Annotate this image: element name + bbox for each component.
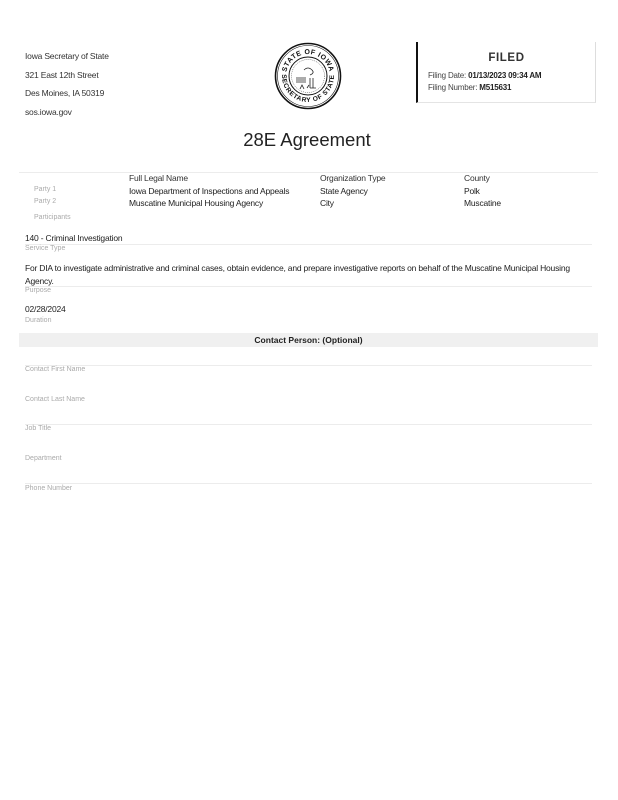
- filing-number-label: Filing Number:: [428, 83, 477, 92]
- service-type-label: Service Type: [25, 245, 65, 252]
- address-line-city: Des Moines, IA 50319: [25, 88, 104, 98]
- filing-number-value: M515631: [479, 83, 511, 92]
- address-line-office: Iowa Secretary of State: [25, 51, 109, 61]
- divider: [25, 244, 592, 245]
- state-of-iowa-seal-icon: STATE OF IOWA SECRETARY OF STATE: [274, 42, 342, 110]
- department-label: Department: [25, 455, 62, 462]
- column-header-name: Full Legal Name: [129, 173, 188, 183]
- svg-text:STATE OF IOWA: STATE OF IOWA: [281, 49, 334, 73]
- contact-section-heading: Contact Person: (Optional): [19, 333, 598, 347]
- filing-date-label: Filing Date:: [428, 71, 466, 80]
- party-1-name: Iowa Department of Inspections and Appea…: [129, 186, 289, 196]
- party-1-label: Party 1: [34, 186, 56, 193]
- divider: [25, 483, 592, 484]
- contact-last-name-label: Contact Last Name: [25, 396, 85, 403]
- filing-date: Filing Date: 01/13/2023 09:34 AM: [428, 71, 541, 80]
- purpose-label: Purpose: [25, 287, 51, 294]
- column-header-type: Organization Type: [320, 173, 385, 183]
- contact-first-name-label: Contact First Name: [25, 366, 85, 373]
- participants-label: Participants: [34, 214, 71, 221]
- divider: [25, 286, 592, 287]
- filing-number: Filing Number: M515631: [428, 83, 511, 92]
- filing-date-value: 01/13/2023 09:34 AM: [468, 71, 541, 80]
- job-title-label: Job Title: [25, 425, 51, 432]
- party-1-type: State Agency: [320, 186, 368, 196]
- party-1-county: Polk: [464, 186, 480, 196]
- divider: [25, 365, 592, 366]
- duration-value: 02/28/2024: [25, 304, 66, 314]
- duration-label: Duration: [25, 317, 51, 324]
- filing-status-box: FILED Filing Date: 01/13/2023 09:34 AM F…: [416, 42, 596, 103]
- divider: [25, 424, 592, 425]
- address-line-website: sos.iowa.gov: [25, 107, 72, 117]
- party-2-type: City: [320, 198, 334, 208]
- column-header-county: County: [464, 173, 490, 183]
- purpose-value: For DIA to investigate administrative an…: [25, 262, 585, 288]
- filing-status: FILED: [418, 52, 595, 64]
- party-2-name: Muscatine Municipal Housing Agency: [129, 198, 263, 208]
- party-2-label: Party 2: [34, 198, 56, 205]
- service-type-value: 140 - Criminal Investigation: [25, 233, 122, 243]
- page-title: 28E Agreement: [0, 129, 614, 151]
- address-line-street: 321 East 12th Street: [25, 70, 99, 80]
- phone-number-label: Phone Number: [25, 485, 72, 492]
- party-2-county: Muscatine: [464, 198, 501, 208]
- divider: [19, 172, 598, 173]
